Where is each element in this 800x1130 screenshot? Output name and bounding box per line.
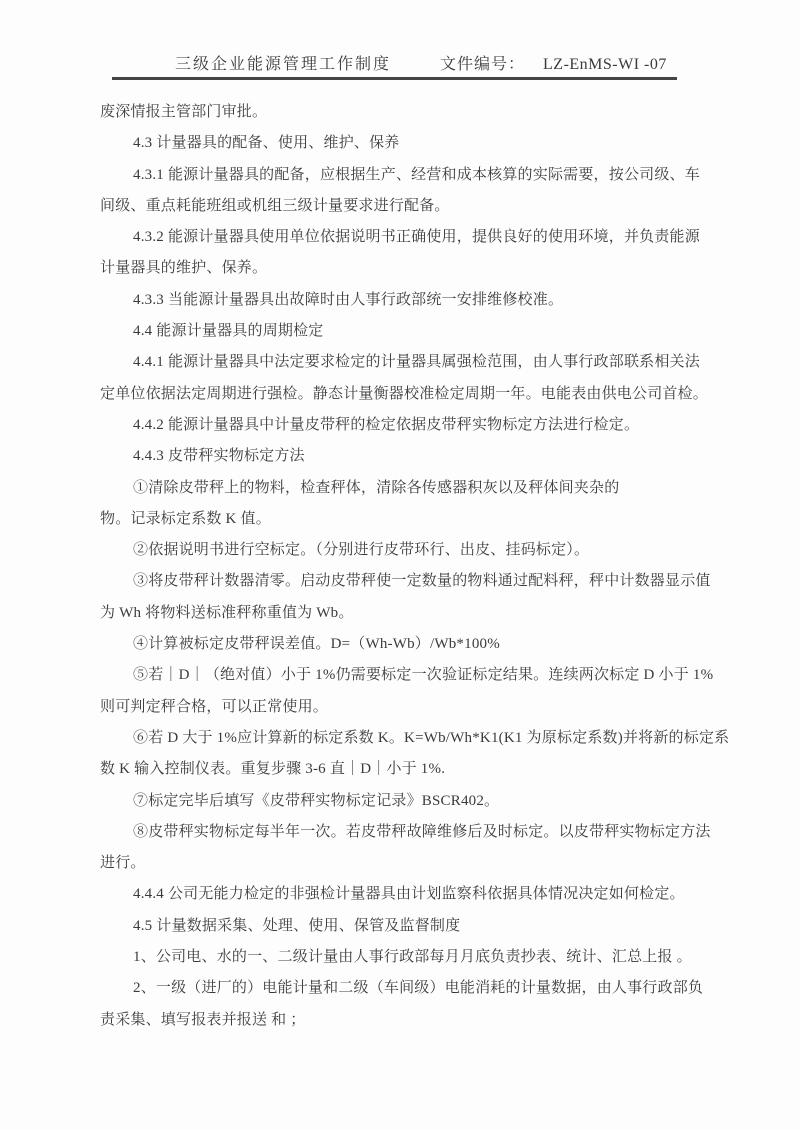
doc-number-value: LZ-EnMS-WI -07	[543, 56, 667, 73]
text-line: 4.4.2 能源计量器具中计量皮带秤的检定依据皮带秤实物标定方法进行检定。	[100, 410, 720, 441]
header-rule	[112, 77, 677, 80]
text-line: 计量器具的维护、保养。	[100, 253, 720, 284]
text-line: 为 Wh 将物料送标准秤称重值为 Wb。	[100, 598, 720, 629]
text-line: 数 K 输入控制仪表。重复步骤 3-6 直｜D｜小于 1%.	[100, 754, 720, 785]
text-line: ⑤若｜D｜（绝对值）小于 1%仍需要标定一次验证标定结果。连续两次标定 D 小于…	[100, 660, 720, 691]
text-line: 间级、重点耗能班组或机组三级计量要求进行配备。	[100, 191, 720, 222]
text-line: 1、公司电、水的一、二级计量由人事行政部每月月底负责抄表、统计、汇总上报 。	[100, 942, 720, 973]
text-line: 2、一级（进厂的）电能计量和二级（车间级）电能消耗的计量数据，由人事行政部负	[100, 973, 720, 1004]
text-line: ⑦标定完毕后填写《皮带秤实物标定记录》BSCR402。	[100, 786, 720, 817]
text-line: ⑧皮带秤实物标定每半年一次。若皮带秤故障维修后及时标定。以皮带秤实物标定方法	[100, 817, 720, 848]
text-line: ④计算被标定皮带秤误差值。D=（Wh-Wb）/Wb*100%	[100, 629, 720, 660]
text-line: 4.4.1 能源计量器具中法定要求检定的计量器具属强检范围，由人事行政部联系相关…	[100, 347, 720, 378]
text-line: ③将皮带秤计数器清零。启动皮带秤使一定数量的物料通过配料秤，秤中计数器显示值	[100, 566, 720, 597]
text-line: 4.3.3 当能源计量器具出故障时由人事行政部统一安排维修校准。	[100, 285, 720, 316]
text-line: 4.5 计量数据采集、处理、使用、保管及监督制度	[100, 911, 720, 942]
doc-number: 文件编号：LZ-EnMS-WI -07	[440, 51, 667, 74]
text-line: 则可判定秤合格，可以正常使用。	[100, 692, 720, 723]
text-line: 4.4.3 皮带秤实物标定方法	[100, 441, 720, 472]
document-title: 三级企业能源管理工作制度	[175, 51, 391, 74]
document-body: 废深情报主管部门审批。4.3 计量器具的配备、使用、维护、保养4.3.1 能源计…	[100, 97, 720, 1036]
text-line: ⑥若 D 大于 1%应计算新的标定系数 K。K=Wb/Wh*K1(K1 为原标定…	[100, 723, 720, 754]
text-line: 废深情报主管部门审批。	[100, 97, 720, 128]
text-line: 4.3 计量器具的配备、使用、维护、保养	[100, 128, 720, 159]
document-page: 三级企业能源管理工作制度 文件编号：LZ-EnMS-WI -07 废深情报主管部…	[0, 0, 800, 1130]
text-line: 4.3.2 能源计量器具使用单位依据说明书正确使用，提供良好的使用环境，并负责能…	[100, 222, 720, 253]
text-line: 进行。	[100, 848, 720, 879]
text-line: ②依据说明书进行空标定。（分别进行皮带环行、出皮、挂码标定）。	[100, 535, 720, 566]
text-line: 责采集、填写报表并报送 和 ；	[100, 1005, 720, 1036]
text-line: 4.3.1 能源计量器具的配备，应根据生产、经营和成本核算的实际需要，按公司级、…	[100, 160, 720, 191]
text-line: ①清除皮带秤上的物料，检查秤体，清除各传感器积灰以及秤体间夹杂的	[100, 473, 720, 504]
text-line: 物。记录标定系数 K 值。	[100, 504, 720, 535]
text-line: 4.4.4 公司无能力检定的非强检计量器具由计划监察科依据具体情况决定如何检定。	[100, 879, 720, 910]
text-line: 定单位依据法定周期进行强检。静态计量衡器校准检定周期一年。电能表由供电公司首检。	[100, 379, 720, 410]
doc-number-label: 文件编号：	[440, 56, 525, 73]
text-line: 4.4 能源计量器具的周期检定	[100, 316, 720, 347]
